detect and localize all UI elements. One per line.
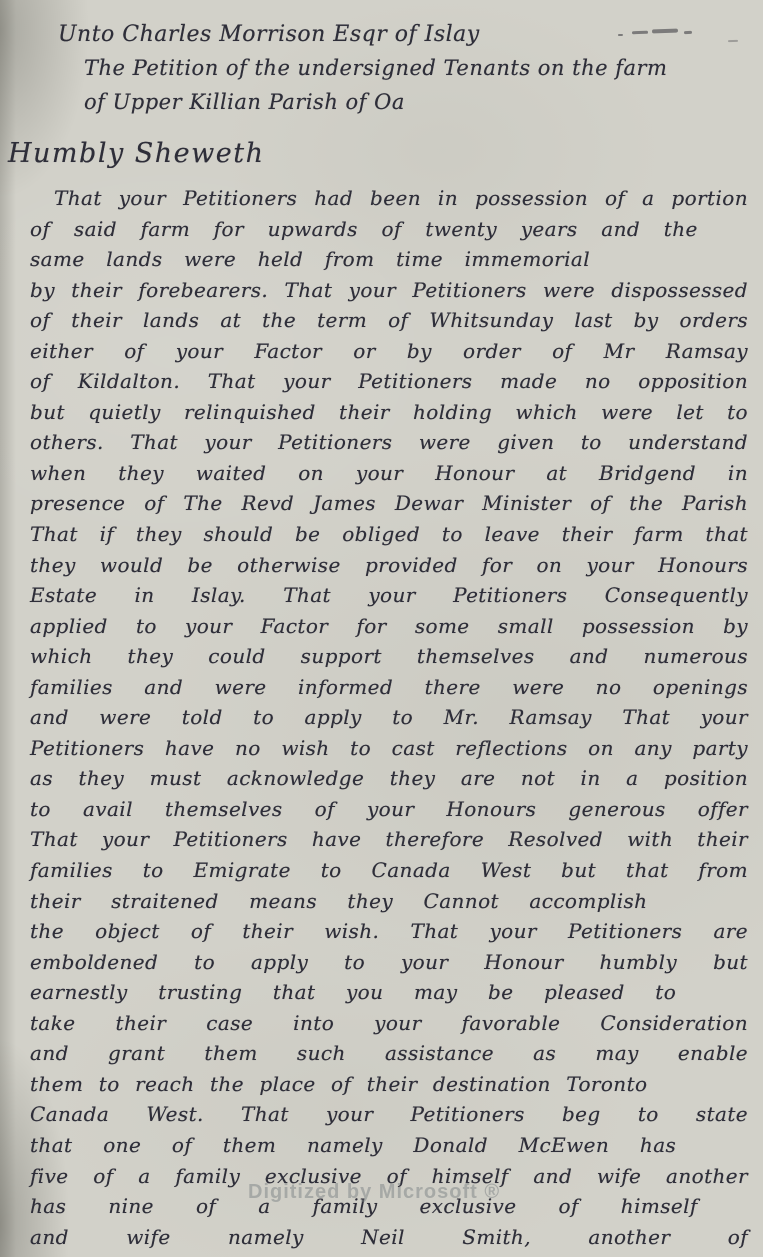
- body-line: and were told to apply to Mr. Ramsay Tha…: [30, 702, 748, 733]
- petition-body: That your Petitioners had been in posses…: [30, 183, 748, 1252]
- salutation: Humbly Sheweth: [8, 138, 265, 169]
- page-left-edge-shadow: [0, 0, 16, 1257]
- body-line: take their case into your favorable Cons…: [30, 1008, 748, 1039]
- body-line: applied to your Factor for some small po…: [30, 611, 748, 642]
- body-line: when they waited on your Honour at Bridg…: [30, 458, 748, 489]
- body-line: of said farm for upwards of twenty years…: [30, 214, 698, 245]
- body-line: families and were informed there were no…: [30, 672, 748, 703]
- heading-petition-location: of Upper Killian Parish of Oa: [84, 90, 667, 114]
- heading-petition-title: The Petition of the undersigned Tenants …: [84, 56, 667, 80]
- body-line: presence of The Revd James Dewar Ministe…: [30, 488, 748, 519]
- petition-heading: Unto Charles Morrison Esqr of Islay The …: [58, 22, 667, 114]
- body-line: of their lands at the term of Whitsunday…: [30, 305, 748, 336]
- body-line: Petitioners have no wish to cast reflect…: [30, 733, 748, 764]
- body-line: their straitened means they Cannot accom…: [30, 886, 647, 917]
- body-line: has nine of a family exclusive of himsel…: [30, 1191, 698, 1222]
- heading-addressee: Unto Charles Morrison Esqr of Islay: [58, 22, 667, 47]
- body-line: That your Petitioners had been in posses…: [30, 183, 748, 214]
- pencil-dash-icon: [728, 40, 738, 42]
- body-line: to avail themselves of your Honours gene…: [30, 794, 748, 825]
- body-line: others. That your Petitioners were given…: [30, 427, 748, 458]
- body-line: by their forebearers. That your Petition…: [30, 275, 748, 306]
- body-line: which they could support themselves and …: [30, 641, 748, 672]
- body-line: that one of them namely Donald McEwen ha…: [30, 1130, 676, 1161]
- body-line: as they must acknowledge they are not in…: [30, 763, 748, 794]
- body-line: and grant them such assistance as may en…: [30, 1038, 748, 1069]
- body-line: That your Petitioners have therefore Res…: [30, 824, 748, 855]
- body-line: the object of their wish. That your Peti…: [30, 916, 748, 947]
- body-line: they would be otherwise provided for on …: [30, 550, 748, 581]
- body-line: Estate in Islay. That your Petitioners C…: [30, 580, 748, 611]
- pencil-dash-icon: [684, 31, 692, 34]
- body-line: That if they should be obliged to leave …: [30, 519, 748, 550]
- body-line: earnestly trusting that you may be pleas…: [30, 977, 676, 1008]
- body-line: five of a family exclusive of himself an…: [30, 1161, 748, 1192]
- body-line: same lands were held from time immemoria…: [30, 244, 590, 275]
- body-line: Canada West. That your Petitioners beg t…: [30, 1099, 748, 1130]
- body-line: either of your Factor or by order of Mr …: [30, 336, 748, 367]
- body-line: but quietly relinquished their holding w…: [30, 397, 748, 428]
- manuscript-page: Unto Charles Morrison Esqr of Islay The …: [0, 0, 763, 1257]
- body-line: families to Emigrate to Canada West but …: [30, 855, 748, 886]
- body-line: them to reach the place of their destina…: [30, 1069, 647, 1100]
- body-line: and wife namely Neil Smith, another of: [30, 1222, 748, 1253]
- body-line: of Kildalton. That your Petitioners made…: [30, 366, 748, 397]
- body-line: emboldened to apply to your Honour humbl…: [30, 947, 748, 978]
